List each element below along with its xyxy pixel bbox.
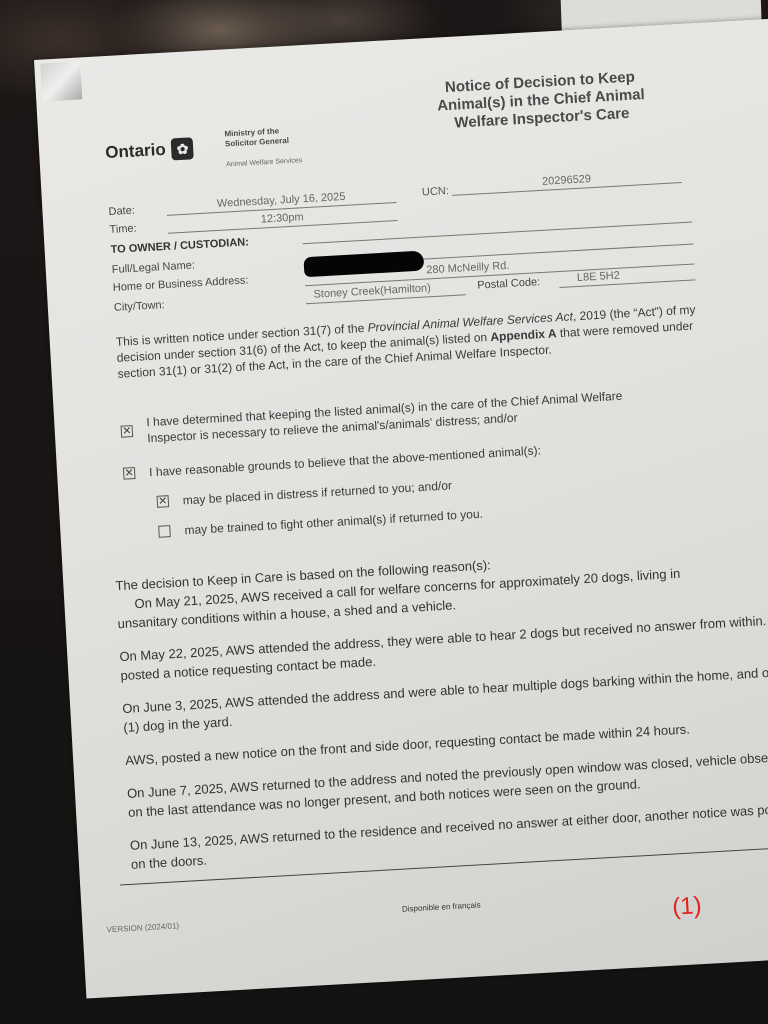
name-redaction — [303, 251, 424, 278]
owner-heading: TO OWNER / CUSTODIAN: — [110, 236, 249, 256]
unit-name: Animal Welfare Services — [226, 157, 302, 168]
checkbox-relieve-distress[interactable]: ✕ — [121, 425, 134, 438]
date-label: Date: — [108, 205, 135, 218]
checkbox-trained-to-fight[interactable] — [158, 525, 171, 538]
address-label: Home or Business Address: — [113, 274, 249, 294]
checkbox-placed-in-distress[interactable]: ✕ — [157, 495, 170, 508]
notice-paragraph: This is written notice under section 31(… — [115, 301, 707, 382]
name-label: Full/Legal Name: — [112, 259, 196, 276]
ucn-label: UCN: — [422, 185, 450, 198]
postal-value: L8E 5H2 — [577, 270, 620, 284]
checkbox-relieve-distress-label: I have determined that keeping the liste… — [146, 388, 624, 447]
trillium-icon: ✿ — [171, 137, 194, 160]
checkbox-reasonable-grounds-label: I have reasonable grounds to believe tha… — [149, 442, 542, 480]
handwritten-page-mark: (1) — [672, 892, 703, 922]
notice-document: Ontario ✿ Ministry of the Solicitor Gene… — [34, 18, 768, 999]
form-version: VERSION (2024/01) — [106, 921, 179, 934]
owner-underline — [303, 222, 692, 245]
reasons-section: The decision to Keep in Care is based on… — [115, 538, 768, 887]
document-title: Notice of Decision to Keep Animal(s) in … — [436, 68, 646, 134]
logo-text: Ontario — [105, 140, 166, 163]
ministry-name: Ministry of the Solicitor General — [224, 126, 289, 150]
city-label: City/Town: — [114, 299, 165, 314]
appendix-reference: Appendix A — [490, 326, 557, 344]
tape-corner — [40, 61, 82, 101]
ontario-logo: Ontario ✿ — [105, 137, 195, 164]
checkbox-trained-to-fight-label: may be trained to fight other animal(s) … — [184, 506, 483, 539]
ministry-line-2: Solicitor General — [225, 136, 289, 150]
postal-label: Postal Code: — [477, 276, 541, 291]
french-availability: Disponible en français — [402, 900, 481, 913]
photo-scene: Ontario ✿ Ministry of the Solicitor Gene… — [0, 0, 768, 1024]
time-label: Time: — [109, 223, 137, 236]
checkbox-placed-in-distress-label: may be placed in distress if returned to… — [182, 477, 452, 508]
checkbox-reasonable-grounds[interactable]: ✕ — [123, 467, 136, 480]
